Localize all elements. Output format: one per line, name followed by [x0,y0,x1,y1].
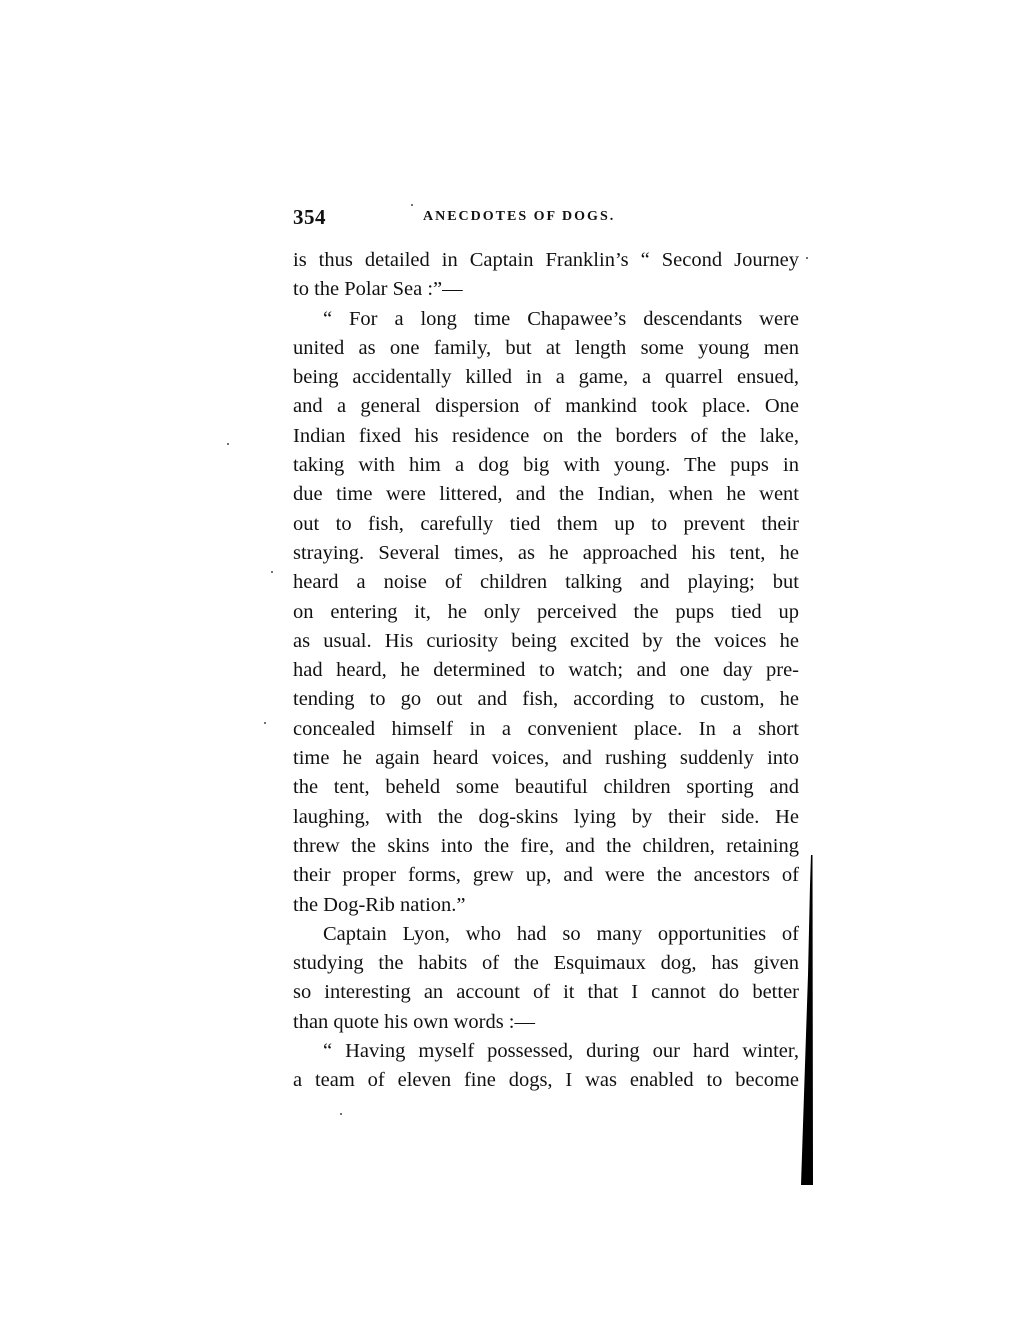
scan-speck [264,722,266,724]
page-header: 354 ANECDOTES OF DOGS. [293,205,799,231]
text-line: and a general dispersion of mankind took… [293,392,799,421]
scan-speck [806,257,808,259]
text-line: so interesting an account of it that I c… [293,978,799,1007]
page-edge-shadow [800,855,814,1185]
scan-speck [271,571,273,573]
text-line: out to fish, carefully tied them up to p… [293,510,799,539]
text-line: taking with him a dog big with young. Th… [293,451,799,480]
text-line: to the Polar Sea :”— [293,275,799,304]
page-number: 354 [293,205,326,230]
text-line: “ Having myself possessed, during our ha… [293,1037,799,1066]
text-line: the tent, beheld some beautiful children… [293,773,799,802]
text-line: Indian fixed his residence on the border… [293,422,799,451]
text-line: tending to go out and fish, according to… [293,685,799,714]
text-line: the Dog-Rib nation.” [293,891,799,920]
text-line: laughing, with the dog-skins lying by th… [293,803,799,832]
text-line: had heard, he determined to watch; and o… [293,656,799,685]
text-line: threw the skins into the fire, and the c… [293,832,799,861]
book-page: 354 ANECDOTES OF DOGS. is thus detailed … [0,0,1033,1339]
text-line: united as one family, but at length some… [293,334,799,363]
scan-speck [411,204,413,206]
text-line: time he again heard voices, and rushing … [293,744,799,773]
body-text: is thus detailed in Captain Franklin’s “… [293,246,799,1096]
text-line: Captain Lyon, who had so many opportunit… [293,920,799,949]
text-line: straying. Several times, as he approache… [293,539,799,568]
scan-speck [227,443,229,445]
running-head: ANECDOTES OF DOGS. [423,209,615,225]
text-line: their proper forms, grew up, and were th… [293,861,799,890]
scan-speck [340,1113,342,1115]
text-line: concealed himself in a convenient place.… [293,715,799,744]
text-line: “ For a long time Chapawee’s descendants… [293,305,799,334]
text-line: being accidentally killed in a game, a q… [293,363,799,392]
text-line: on entering it, he only perceived the pu… [293,598,799,627]
text-line: as usual. His curiosity being excited by… [293,627,799,656]
text-line: studying the habits of the Esquimaux dog… [293,949,799,978]
text-line: a team of eleven fine dogs, I was enable… [293,1066,799,1095]
text-line: is thus detailed in Captain Franklin’s “… [293,246,799,275]
text-line: than quote his own words :— [293,1008,799,1037]
text-line: due time were littered, and the Indian, … [293,480,799,509]
text-line: heard a noise of children talking and pl… [293,568,799,597]
